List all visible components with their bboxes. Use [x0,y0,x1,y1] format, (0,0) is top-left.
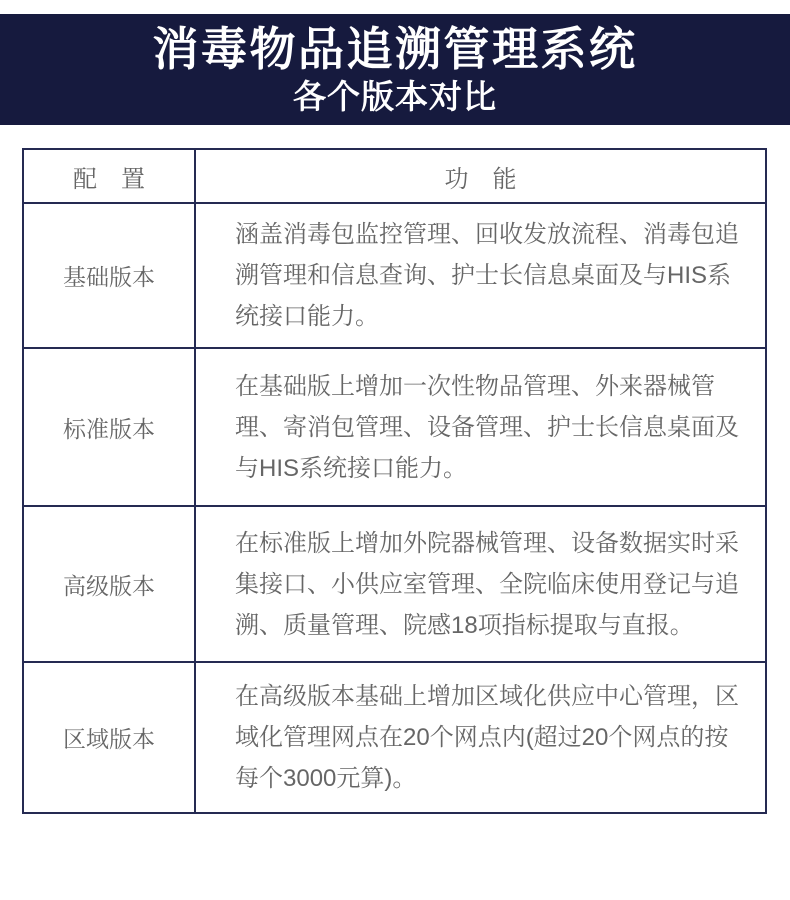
table-row: 基础版本 涵盖消毒包监控管理、回收发放流程、消毒包追溯管理和信息查询、护士长信息… [23,203,766,348]
page-title: 消毒物品追溯管理系统 [153,24,638,75]
table-header-features: 功 能 [195,149,766,203]
table-header-row: 配 置 功 能 [23,149,766,203]
features-cell: 在高级版本基础上增加区域化供应中心管理，区域化管理网点在20个网点内(超过20个… [195,662,766,813]
version-name-cell: 标准版本 [23,348,195,506]
version-name-cell: 区域版本 [23,662,195,813]
version-comparison-table: 配 置 功 能 基础版本 涵盖消毒包监控管理、回收发放流程、消毒包追溯管理和信息… [22,148,767,814]
version-name-cell: 高级版本 [23,506,195,662]
page-banner: 消毒物品追溯管理系统 各个版本对比 [0,14,790,125]
features-cell: 在标准版上增加外院器械管理、设备数据实时采集接口、小供应室管理、全院临床使用登记… [195,506,766,662]
version-name-cell: 基础版本 [23,203,195,348]
features-cell: 涵盖消毒包监控管理、回收发放流程、消毒包追溯管理和信息查询、护士长信息桌面及与H… [195,203,766,348]
table-header-config: 配 置 [23,149,195,203]
table-row: 标准版本 在基础版上增加一次性物品管理、外来器械管理、寄消包管理、设备管理、护士… [23,348,766,506]
page-subtitle: 各个版本对比 [293,79,497,115]
table-row: 高级版本 在标准版上增加外院器械管理、设备数据实时采集接口、小供应室管理、全院临… [23,506,766,662]
table-row: 区域版本 在高级版本基础上增加区域化供应中心管理，区域化管理网点在20个网点内(… [23,662,766,813]
features-cell: 在基础版上增加一次性物品管理、外来器械管理、寄消包管理、设备管理、护士长信息桌面… [195,348,766,506]
